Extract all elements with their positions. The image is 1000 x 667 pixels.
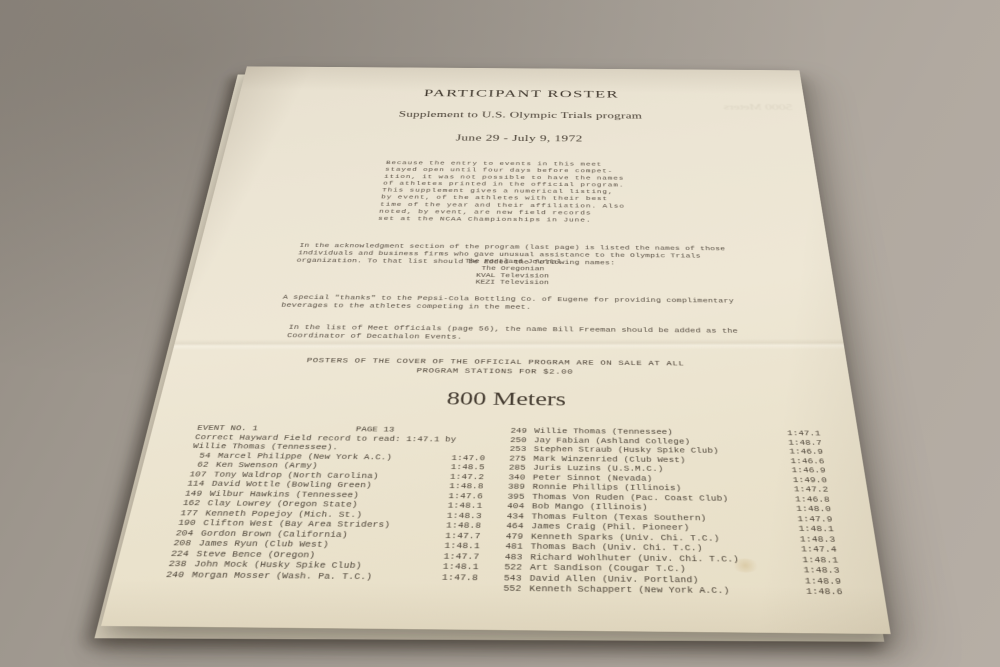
bib-number: 404 [504, 502, 525, 512]
best-time: 1:47.2 [445, 473, 484, 483]
best-time: 1:47.0 [447, 454, 486, 464]
best-time: 1:49.0 [788, 476, 828, 486]
best-time: 1:46.6 [786, 457, 825, 467]
athlete-name: Kenneth Schappert (New York A.C.) [529, 585, 802, 599]
best-time: 1:47.7 [439, 552, 480, 563]
best-time: 1:47.2 [789, 486, 829, 496]
best-time: 1:47.8 [437, 573, 479, 584]
best-time: 1:48.1 [443, 502, 483, 512]
bib-number: 162 [178, 499, 201, 509]
best-time: 1:48.9 [800, 577, 842, 588]
roster-rows-left: 54Marcel Philippe (New York A.C.)1:47.06… [161, 452, 485, 584]
bib-number: 177 [176, 509, 199, 519]
best-time: 1:47.4 [796, 545, 838, 556]
best-time: 1:48.7 [784, 439, 823, 448]
bib-number: 395 [504, 493, 525, 503]
bib-number: 522 [501, 563, 523, 574]
photo-backdrop: 5000 Meters PARTICIPANT ROSTER Supplemen… [0, 0, 1000, 667]
bib-number: 250 [507, 436, 527, 445]
best-time: 1:48.6 [801, 587, 844, 598]
document-date-range: June 29 - July 9, 1972 [227, 131, 811, 145]
bib-number: 240 [161, 570, 185, 581]
bib-number: 275 [506, 455, 526, 465]
document-title: PARTICIPANT ROSTER [239, 86, 805, 101]
best-time: 1:46.9 [785, 448, 824, 458]
posters-notice: POSTERS OF THE COVER OF THE OFFICIAL PRO… [253, 356, 737, 379]
best-time: 1:48.3 [795, 535, 836, 546]
bib-number: 249 [507, 427, 527, 436]
best-time: 1:47.9 [793, 515, 834, 525]
bib-number: 543 [500, 574, 522, 585]
bib-number: 107 [185, 470, 207, 480]
bib-number: 62 [187, 461, 209, 471]
added-names-list: The Portland Journal The Oregonian KVAL … [190, 257, 835, 290]
section-heading: 800 Meters [158, 385, 855, 413]
bib-number: 552 [500, 584, 522, 595]
event-label: EVENT NO. 1 [196, 425, 258, 433]
best-time: 1:48.1 [438, 562, 479, 573]
roster-column-right: 249Willie Thomas (Tennessee)1:47.1250Jay… [500, 427, 844, 598]
best-time: 1:48.0 [791, 505, 832, 515]
best-time: 1:46.9 [787, 467, 827, 477]
best-time: 1:47.1 [783, 430, 822, 439]
thanks-paragraph: A special "thanks" to the Pepsi-Cola Bot… [280, 294, 779, 314]
roster-column-left: EVENT NO. 1 PAGE 13 Correct Hayward Fiel… [161, 424, 487, 584]
bib-number: 114 [183, 480, 205, 490]
bib-number: 479 [502, 532, 523, 542]
best-time: 1:48.5 [446, 463, 485, 473]
bib-number: 149 [181, 489, 204, 499]
bib-number: 389 [505, 483, 526, 493]
bib-number: 54 [190, 452, 212, 461]
best-time: 1:48.8 [441, 521, 481, 531]
bib-number: 190 [174, 519, 197, 529]
best-time: 1:48.3 [442, 512, 482, 522]
best-time: 1:46.8 [790, 495, 830, 505]
bib-number: 238 [164, 560, 188, 571]
page-label: PAGE 13 [355, 426, 395, 435]
bib-number: 204 [171, 529, 194, 539]
roster-row: 240Morgan Mosser (Wash. Pa. T.C.)1:47.8 [161, 570, 478, 584]
best-time: 1:47.6 [444, 492, 484, 502]
photo-scene: 5000 Meters PARTICIPANT ROSTER Supplemen… [0, 0, 1000, 667]
bib-number: 224 [166, 549, 189, 560]
best-time: 1:48.1 [794, 525, 835, 536]
bib-number: 285 [505, 464, 525, 474]
roster-row: 552Kenneth Schappert (New York A.C.)1:48… [500, 584, 844, 598]
athlete-name: Morgan Mosser (Wash. Pa. T.C.) [191, 571, 438, 584]
roster-rows-right: 249Willie Thomas (Tennessee)1:47.1250Jay… [500, 427, 844, 598]
bib-number: 464 [503, 522, 524, 532]
bib-number: 434 [503, 512, 524, 522]
best-time: 1:48.1 [439, 542, 480, 553]
best-time: 1:48.1 [797, 556, 839, 567]
bib-number: 208 [169, 539, 192, 549]
bib-number: 340 [505, 473, 526, 483]
bib-number: 483 [501, 553, 523, 564]
intro-paragraph: Because the entry to events in this meet… [377, 160, 640, 225]
bib-number: 253 [506, 445, 526, 454]
best-time: 1:47.7 [440, 532, 481, 543]
best-time: 1:48.8 [444, 482, 483, 492]
bib-number: 481 [502, 542, 523, 553]
best-time: 1:48.3 [799, 566, 841, 577]
